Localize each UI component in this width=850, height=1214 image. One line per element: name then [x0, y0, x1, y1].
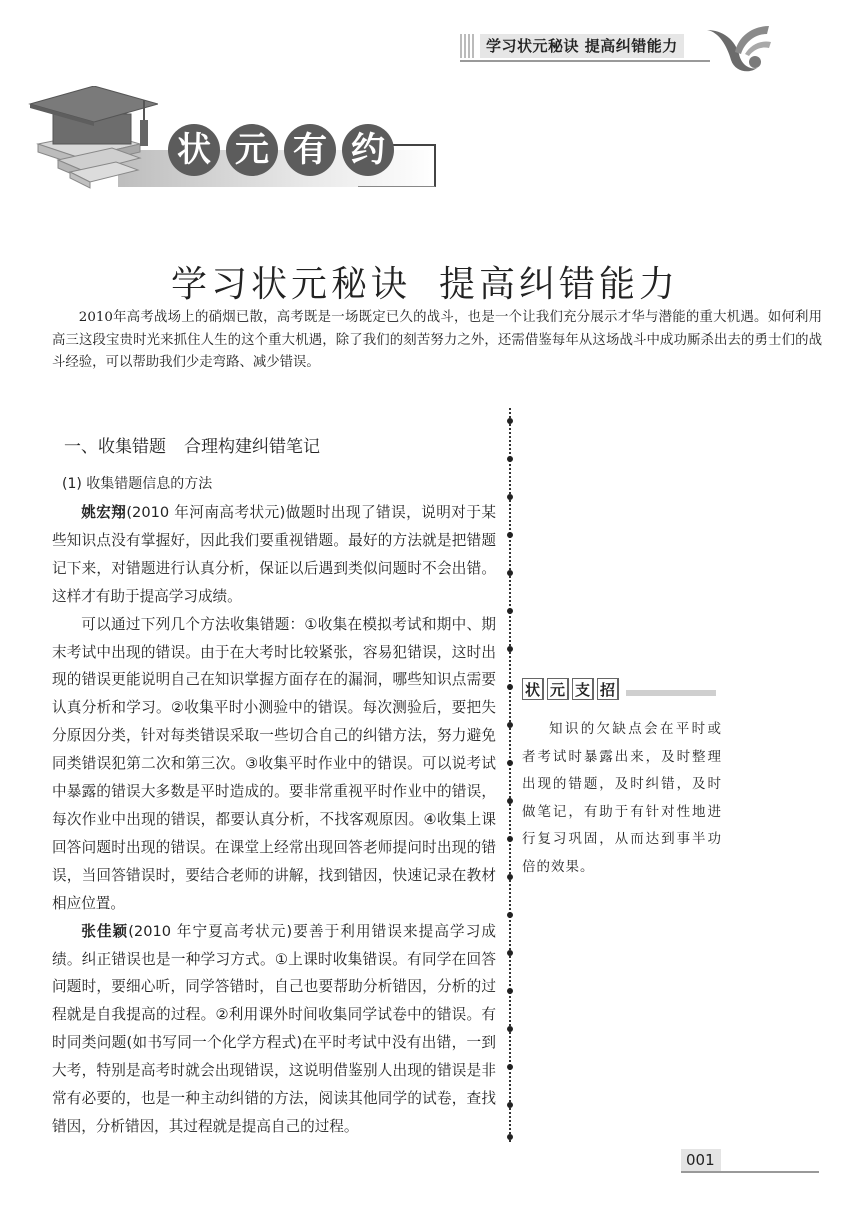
sub-heading: (1) 收集错题信息的方法 — [62, 473, 496, 493]
divider-dot — [507, 1026, 513, 1032]
divider-dot — [507, 1064, 513, 1070]
section-heading-part-2: 合理构建纠错笔记 — [184, 437, 320, 457]
divider-dot — [507, 456, 513, 462]
divider-dot — [507, 608, 513, 614]
section-heading: 一、收集错题合理构建纠错笔记 — [64, 432, 496, 457]
paragraph-yao: 姚宏翔(2010 年河南高考状元)做题时出现了错误，说明对于某些知识点没有掌握好… — [52, 499, 496, 611]
banner-char-1: 状 — [168, 124, 220, 176]
page-title: 学习状元秘诀提高纠错能力 — [0, 256, 850, 307]
sidebar-text: 知识的欠缺点会在平时或者考试时暴露出来，及时整理出现的错题，及时纠错，及时做笔记… — [522, 716, 722, 881]
swirl-logo-icon — [705, 24, 775, 76]
paragraph-body: (2010 年宁夏高考状元)要善于利用错误来提高学习成绩。纠正错误也是一种学习方… — [52, 923, 496, 1135]
divider-dot — [507, 950, 513, 956]
page-number-underline — [681, 1171, 819, 1173]
paragraph-methods: 可以通过下列几个方法收集错题：①收集在模拟考试和期中、期末考试中出现的错误。由于… — [52, 611, 496, 918]
section-heading-part-1: 一、收集错题 — [64, 437, 166, 457]
title-part-1: 学习状元秘诀 — [171, 264, 411, 305]
page-number: 001 — [681, 1149, 721, 1171]
divider-dot — [507, 760, 513, 766]
divider-dot — [507, 1134, 513, 1140]
sidebar-heading-char: 招 — [597, 678, 619, 700]
intro-paragraph: 2010年高考战场上的硝烟已散，高考既是一场既定已久的战斗，也是一个让我们充分展… — [52, 307, 822, 375]
divider-dot — [507, 836, 513, 842]
header-underline — [460, 60, 710, 62]
divider-dot — [507, 1102, 513, 1108]
speaker-name: 张佳颖 — [81, 923, 128, 940]
sidebar-heading-bar — [626, 690, 716, 696]
running-header-title: 学习状元秘诀 提高纠错能力 — [480, 34, 684, 58]
speaker-name: 姚宏翔 — [81, 504, 126, 521]
divider-dot — [507, 722, 513, 728]
header-stripes-decoration — [460, 34, 474, 58]
divider-dot — [507, 684, 513, 690]
sidebar-heading-char: 元 — [547, 678, 569, 700]
divider-dot — [507, 912, 513, 918]
paragraph-body: 可以通过下列几个方法收集错题：①收集在模拟考试和期中、期末考试中出现的错误。由于… — [52, 616, 496, 912]
divider-dot — [507, 646, 513, 652]
running-header: 学习状元秘诀 提高纠错能力 — [460, 34, 705, 60]
banner-char-3: 有 — [284, 124, 336, 176]
banner-char-2: 元 — [226, 124, 278, 176]
banner-char-4: 约 — [342, 124, 394, 176]
divider-dot — [507, 798, 513, 804]
section-banner: 状 元 有 约 — [28, 86, 438, 191]
dotted-column-divider — [509, 408, 511, 1143]
title-part-2: 提高纠错能力 — [439, 264, 679, 305]
sidebar-tip: 状元支招 知识的欠缺点会在平时或者考试时暴露出来，及时整理出现的错题，及时纠错，… — [522, 678, 722, 895]
divider-dot — [507, 570, 513, 576]
divider-dot — [507, 532, 513, 538]
main-column: 一、收集错题合理构建纠错笔记 (1) 收集错题信息的方法 姚宏翔(2010 年河… — [52, 432, 496, 1141]
graduation-cap-books-icon — [28, 86, 158, 191]
sidebar-heading: 状元支招 — [522, 678, 722, 702]
paragraph-zhang: 张佳颖(2010 年宁夏高考状元)要善于利用错误来提高学习成绩。纠正错误也是一种… — [52, 918, 496, 1141]
divider-dot — [507, 988, 513, 994]
sidebar-heading-char: 状 — [522, 678, 544, 700]
sidebar-heading-char: 支 — [572, 678, 594, 700]
divider-dot — [507, 494, 513, 500]
divider-dot — [507, 874, 513, 880]
divider-dot — [507, 418, 513, 424]
